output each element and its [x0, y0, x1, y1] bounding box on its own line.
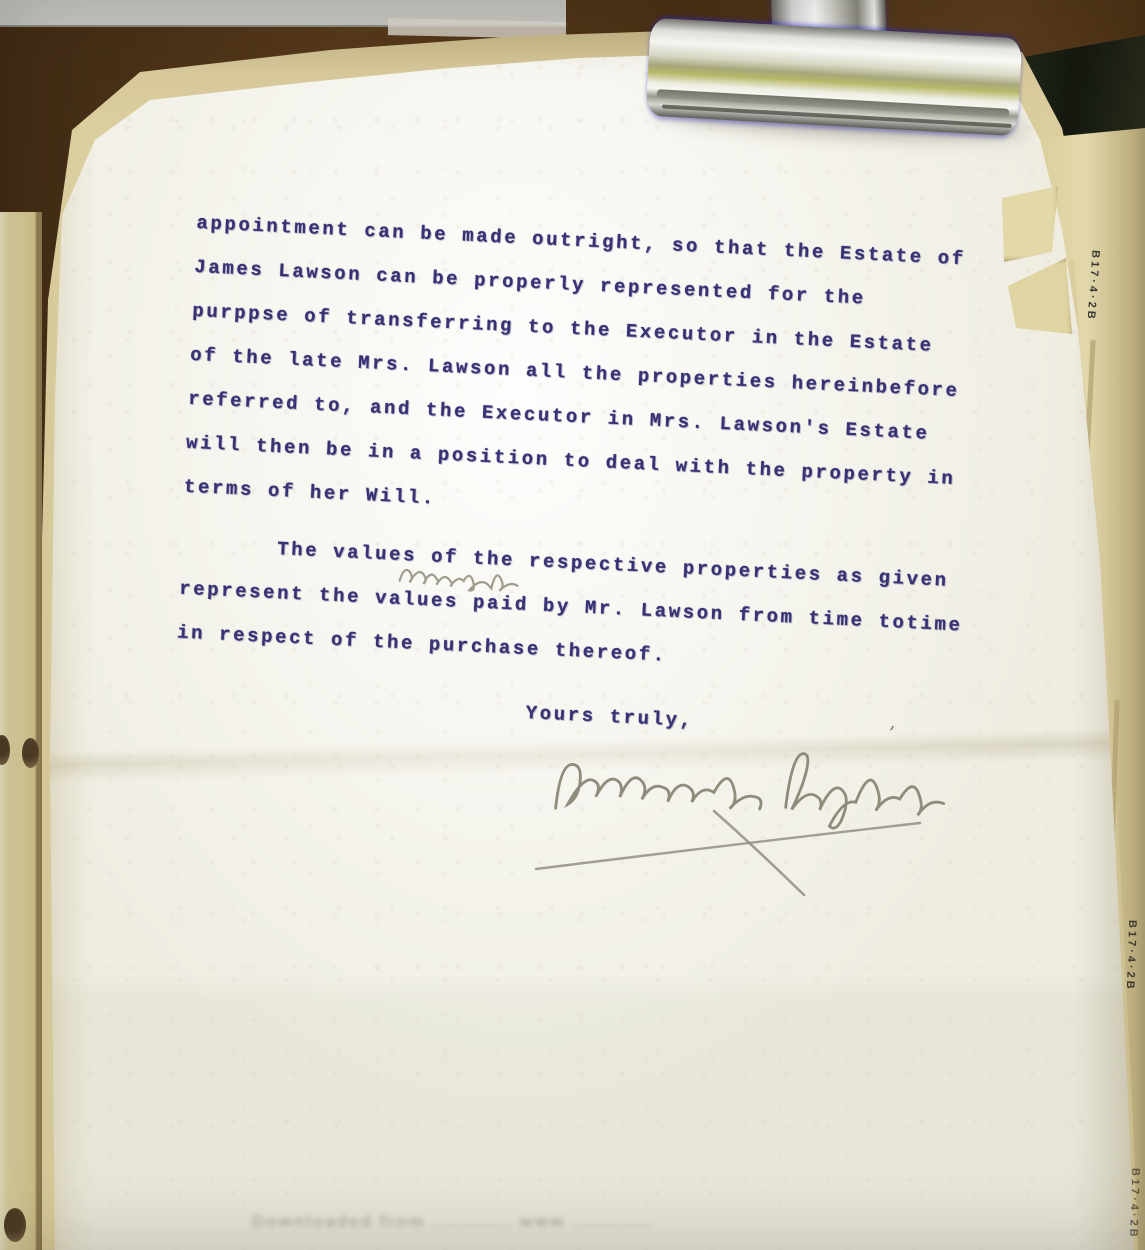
pencil-annotation — [395, 549, 531, 602]
typed-text-block: appointment can be made outright, so tha… — [173, 212, 1056, 770]
bulldog-clip — [646, 18, 1023, 137]
photo-of-letter: appointment can be made outright, so tha… — [0, 0, 1145, 1250]
watermark-text: Downloaded from ............ www .......… — [252, 1212, 932, 1244]
binding-seam — [36, 212, 39, 1250]
punch-hole — [22, 738, 39, 768]
pencil-cross-mark — [528, 795, 952, 913]
punch-hole — [4, 1208, 26, 1242]
clip-groove — [657, 89, 1010, 118]
